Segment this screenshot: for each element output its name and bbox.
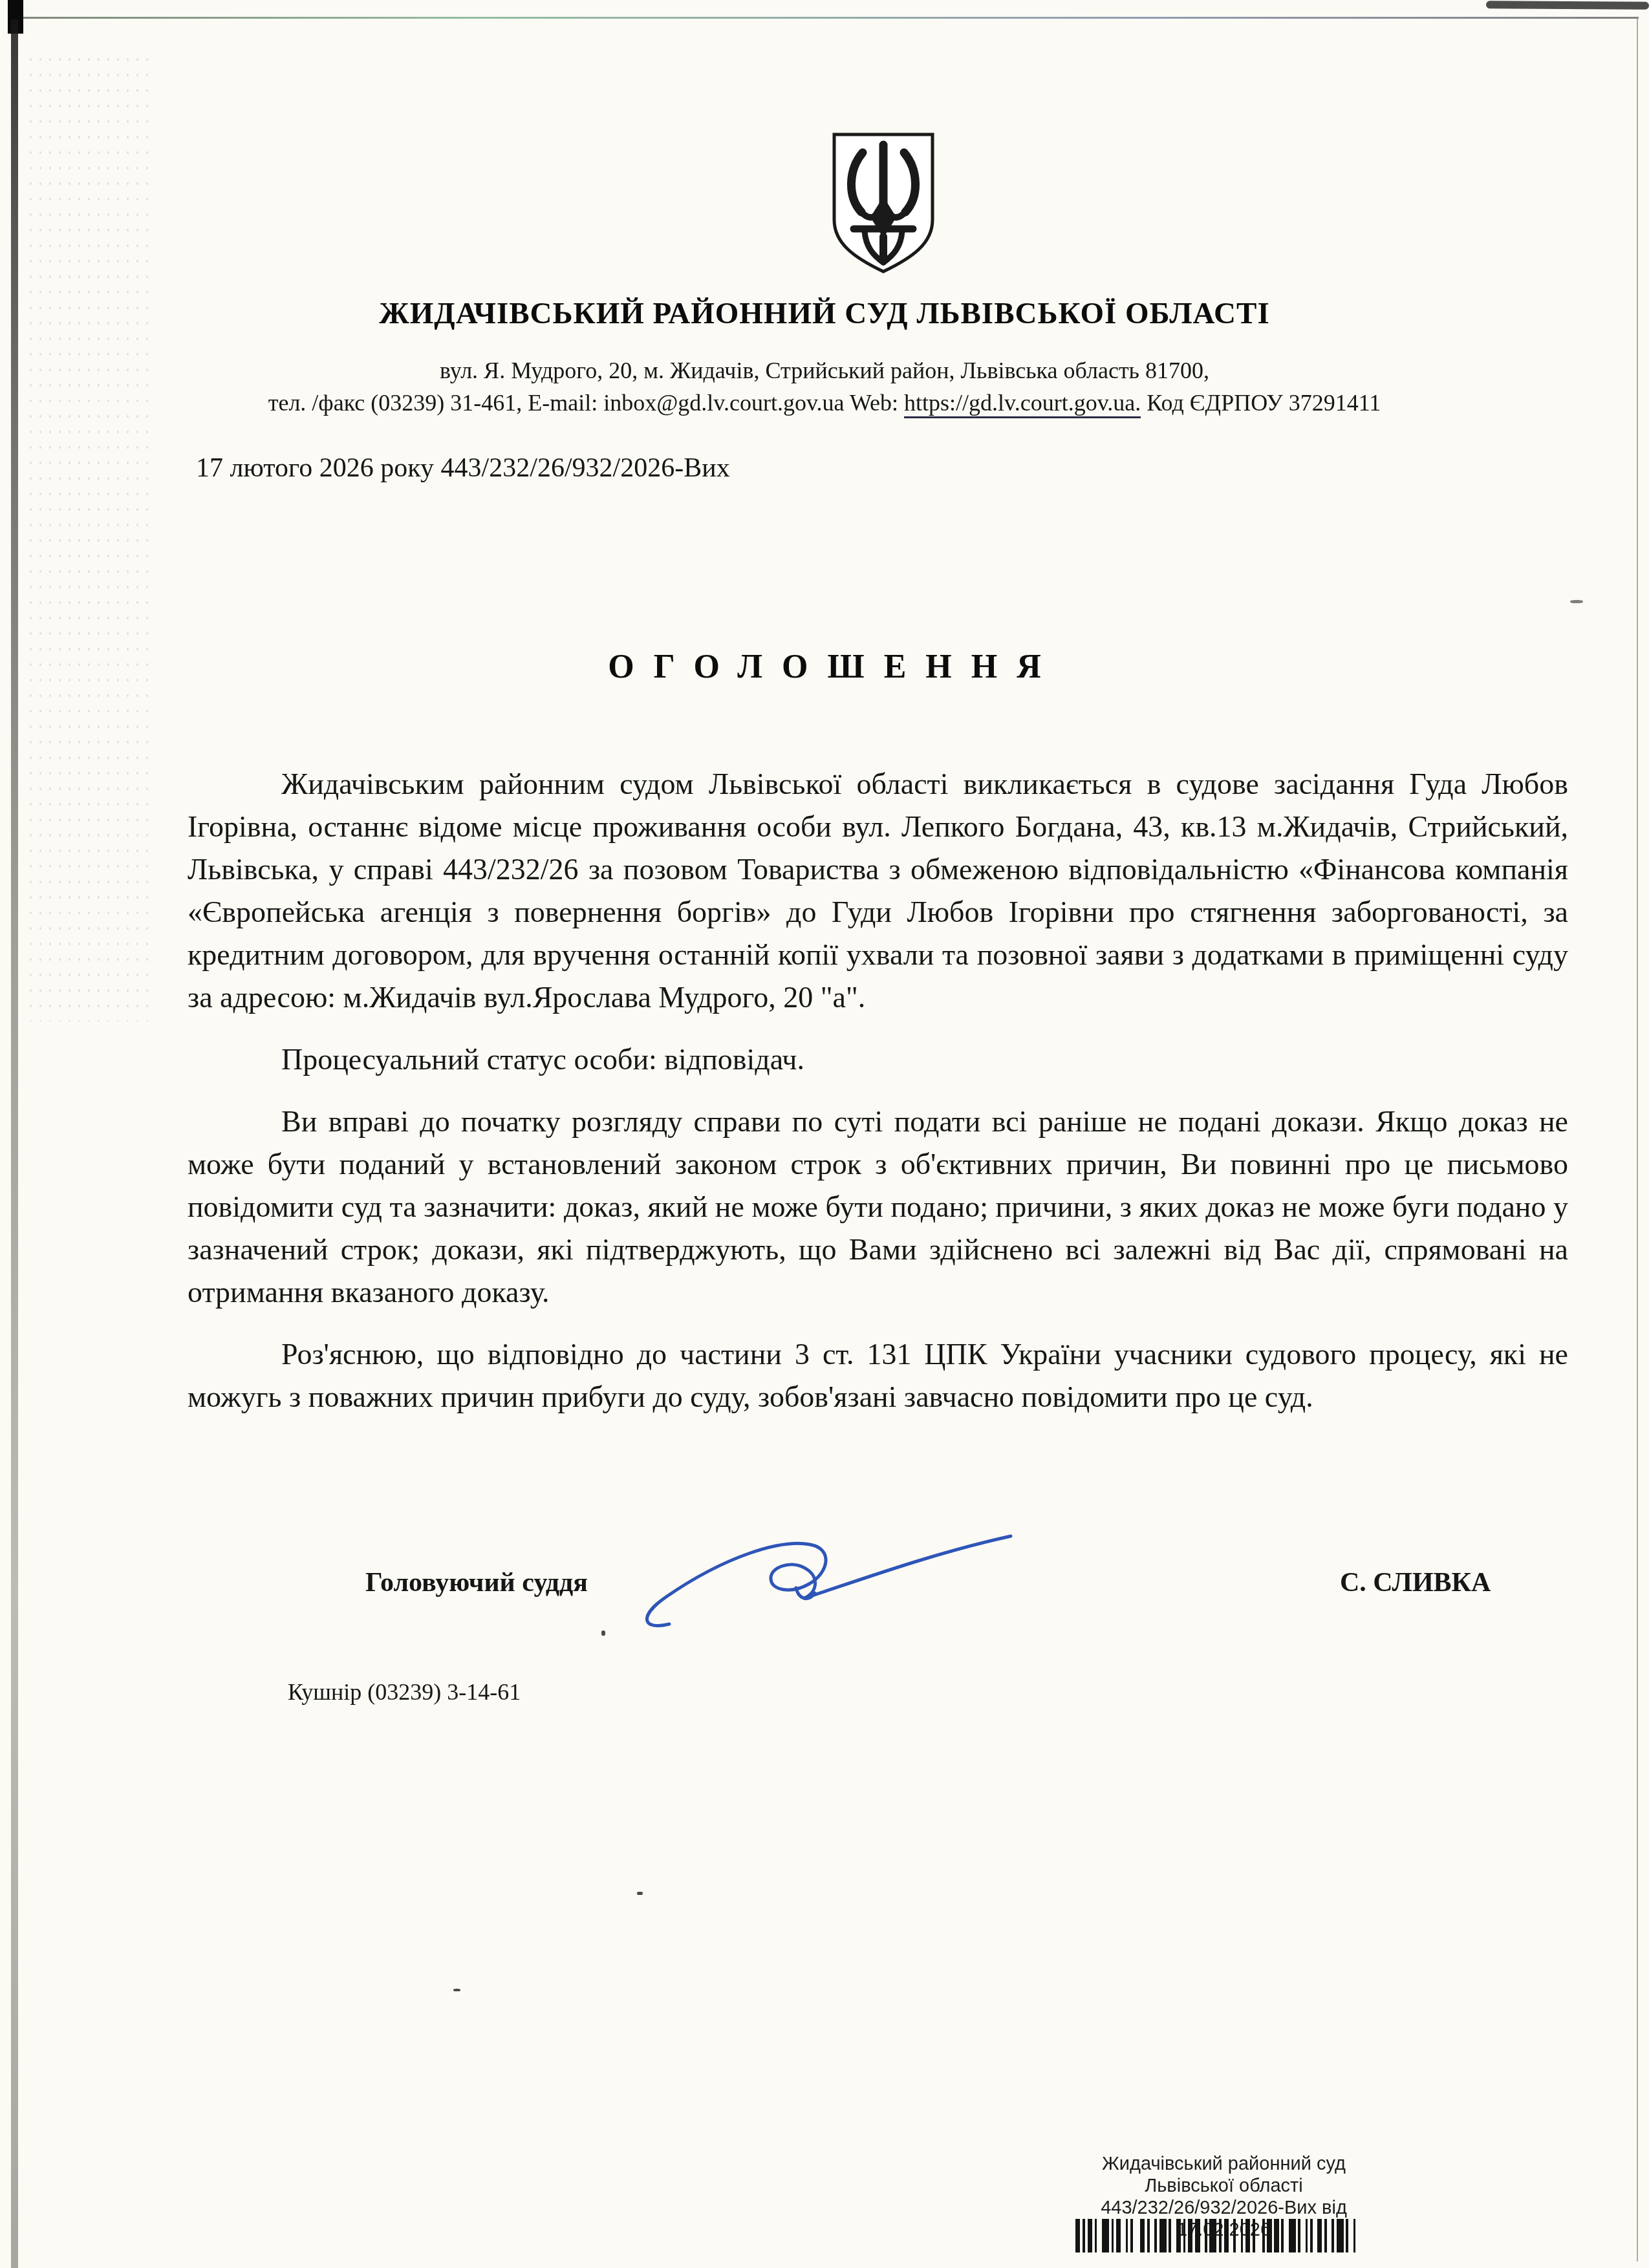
court-contact-line: тел. /факс (03239) 31-461, E-mail: inbox… [0, 389, 1649, 416]
scan-artifact-smudge [1486, 1, 1649, 10]
scan-artifact-right-edge [1637, 18, 1638, 2262]
scan-noise [26, 52, 149, 1022]
scan-speck [1570, 600, 1583, 603]
document-title: ОГОЛОШЕННЯ [0, 648, 1649, 686]
contact-text: тел. /факс (03239) 31-461, E-mail: inbox… [268, 390, 904, 416]
barcode [1075, 2219, 1358, 2252]
reference-line: 17 лютого 2026 року 443/232/26/932/2026-… [196, 453, 730, 484]
judge-name: С. СЛИВКА [1340, 1567, 1491, 1598]
court-website-link[interactable]: https://gd.lv.court.gov.ua. [904, 390, 1141, 418]
court-address: вул. Я. Мудрого, 20, м. Жидачів, Стрийсь… [0, 357, 1649, 384]
ukraine-trident-icon [828, 128, 939, 278]
court-name: ЖИДАЧІВСЬКИЙ РАЙОННИЙ СУД ЛЬВІВСЬКОЇ ОБЛ… [0, 296, 1649, 331]
scan-speck [453, 1989, 460, 1991]
body-paragraph: Ви вправі до початку розгляду справи по … [188, 1100, 1568, 1314]
clerk-contact-line: Кушнір (03239) 3-14-61 [288, 1678, 521, 1706]
body-paragraph: Роз'яснюю, що відповідно до частини 3 ст… [188, 1333, 1568, 1418]
stamp-court-name: Жидачівський районний суд [1061, 2153, 1387, 2175]
scan-speck [637, 1892, 643, 1895]
document-page: ЖИДАЧІВСЬКИЙ РАЙОННИЙ СУД ЛЬВІВСЬКОЇ ОБЛ… [0, 0, 1649, 2268]
body-text: Жидачівським районним судом Львівської о… [188, 763, 1568, 1418]
judge-signature-icon [605, 1526, 1025, 1636]
edrpou-code: Код ЄДРПОУ 37291411 [1141, 390, 1381, 416]
signature-role-label: Головуючий суддя [365, 1567, 588, 1598]
scan-artifact-top-line [23, 17, 1639, 19]
body-paragraph: Жидачівським районним судом Львівської о… [188, 763, 1568, 1019]
body-paragraph: Процесуальний статус особи: відповідач. [188, 1038, 1568, 1081]
stamp-region: Львівської області [1061, 2175, 1387, 2197]
